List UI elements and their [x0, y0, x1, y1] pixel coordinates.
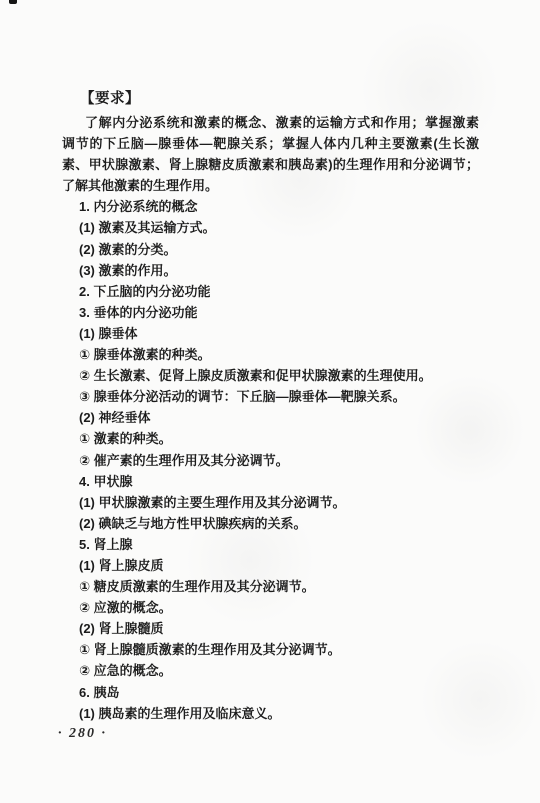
outline-item: 5. 肾上腺 — [62, 534, 479, 555]
outline-item: ① 激素的种类。 — [62, 428, 479, 449]
outline-item: (1) 甲状腺激素的主要生理作用及其分泌调节。 — [62, 492, 479, 513]
outline-item: ② 催产素的生理作用及其分泌调节。 — [62, 450, 479, 471]
intro-paragraph-line: 调节的下丘脑—腺垂体—靶腺关系；掌握人体内几种主要激素(生长激 — [62, 133, 479, 154]
outline-item: ① 肾上腺髓质激素的生理作用及其分泌调节。 — [62, 639, 479, 660]
intro-paragraph-line: 了解其他激素的生理作用。 — [62, 175, 479, 196]
intro-paragraph: 了解内分泌系统和激素的概念、激素的运输方式和作用；掌握激素 调节的下丘脑—腺垂体… — [62, 112, 479, 196]
outline-item: (2) 肾上腺髓质 — [62, 618, 479, 639]
page-content: 【要求】 了解内分泌系统和激素的概念、激素的运输方式和作用；掌握激素 调节的下丘… — [62, 86, 479, 724]
outline-item: 6. 胰岛 — [62, 682, 479, 703]
intro-paragraph-line: 了解内分泌系统和激素的概念、激素的运输方式和作用；掌握激素 — [62, 112, 479, 133]
outline-item: (2) 激素的分类。 — [62, 239, 479, 260]
outline-item: (3) 激素的作用。 — [62, 260, 479, 281]
outline-item: 4. 甲状腺 — [62, 471, 479, 492]
outline-item: ② 应激的概念。 — [62, 597, 479, 618]
outline-item: 3. 垂体的内分泌功能 — [62, 302, 479, 323]
outline-item: (2) 碘缺乏与地方性甲状腺疾病的关系。 — [62, 513, 479, 534]
outline-item: (2) 神经垂体 — [62, 407, 479, 428]
outline-item: ② 应急的概念。 — [62, 660, 479, 681]
syllabus-outline: 1. 内分泌系统的概念 (1) 激素及其运输方式。 (2) 激素的分类。 (3)… — [62, 196, 479, 723]
outline-item: 1. 内分泌系统的概念 — [62, 196, 479, 217]
outline-item: 2. 下丘脑的内分泌功能 — [62, 281, 479, 302]
outline-item: ③ 腺垂体分泌活动的调节：下丘脑—腺垂体—靶腺关系。 — [62, 386, 479, 407]
scan-artifact-speck — [9, 0, 17, 4]
outline-item: (1) 胰岛素的生理作用及临床意义。 — [62, 703, 479, 724]
section-heading-requirements: 【要求】 — [62, 86, 479, 112]
outline-item: (1) 肾上腺皮质 — [62, 555, 479, 576]
intro-paragraph-line: 素、甲状腺激素、肾上腺糖皮质激素和胰岛素)的生理作用和分泌调节； — [62, 154, 479, 175]
outline-item: ① 糖皮质激素的生理作用及其分泌调节。 — [62, 576, 479, 597]
page-number: · 280 · — [58, 726, 107, 742]
outline-item: (1) 激素及其运输方式。 — [62, 217, 479, 238]
scanned-page: 【要求】 了解内分泌系统和激素的概念、激素的运输方式和作用；掌握激素 调节的下丘… — [0, 0, 540, 803]
outline-item: ② 生长激素、促肾上腺皮质激素和促甲状腺激素的生理使用。 — [62, 365, 479, 386]
outline-item: (1) 腺垂体 — [62, 323, 479, 344]
outline-item: ① 腺垂体激素的种类。 — [62, 344, 479, 365]
